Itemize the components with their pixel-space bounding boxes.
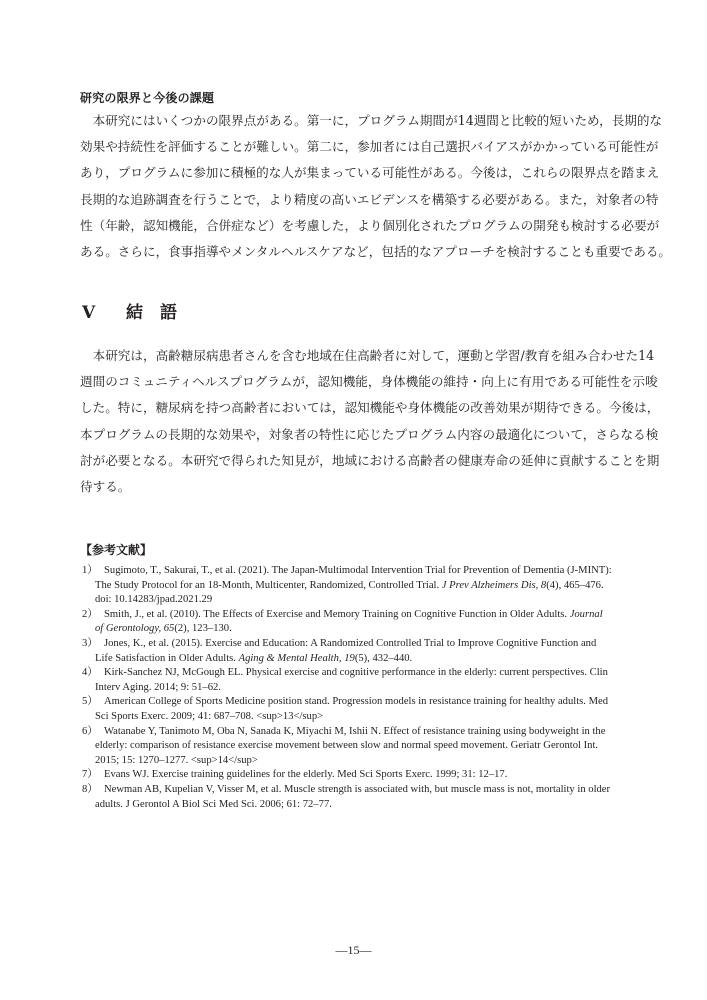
- section-title-char: 結: [126, 298, 160, 323]
- reference-text: Watanabe Y, Tanimoto M, Oba N, Sanada K,…: [104, 726, 605, 737]
- reference-number: 6）: [80, 725, 104, 740]
- reference-item: 6）Watanabe Y, Tanimoto M, Oba N, Sanada …: [80, 725, 642, 769]
- page-number: —15—: [0, 943, 707, 958]
- journal-name: of Gerontology, 65: [95, 623, 174, 634]
- reference-number: 5）: [80, 695, 104, 710]
- reference-text: (4), 465–476.: [546, 580, 603, 591]
- paragraph-line: あり，プログラムに参加に積極的な人が集まっている可能性がある。今後は，これらの限…: [80, 160, 640, 186]
- reference-item: 2）Smith, J., et al. (2010). The Effects …: [80, 608, 642, 637]
- limitations-paragraph: 本研究にはいくつかの限界点がある。第一に，プログラム期間が14週間と比較的短いた…: [80, 108, 640, 265]
- paragraph-line: 待する。: [80, 474, 640, 500]
- reference-item: 3）Jones, K., et al. (2015). Exercise and…: [80, 637, 642, 666]
- limitations-heading: 研究の限界と今後の課題: [80, 89, 214, 106]
- reference-text: (5), 432–440.: [355, 653, 412, 664]
- journal-name: J Prev Alzheimers Dis, 8: [442, 580, 546, 591]
- reference-text: Interv Aging. 2014; 9: 51–62.: [80, 681, 642, 696]
- reference-item: 4）Kirk-Sanchez NJ, McGough EL. Physical …: [80, 666, 642, 695]
- reference-text: 2015; 15: 1270–1277. <sup>14</sup>: [80, 754, 642, 769]
- conclusion-heading: Ⅴ結語: [82, 298, 194, 323]
- reference-text: (2), 123–130.: [174, 623, 231, 634]
- reference-text: Sci Sports Exerc. 2009; 41: 687–708. <su…: [80, 710, 642, 725]
- reference-text: Smith, J., et al. (2010). The Effects of…: [104, 609, 570, 620]
- reference-number: 3）: [80, 637, 104, 652]
- reference-item: 8）Newman AB, Kupelian V, Visser M, et al…: [80, 783, 642, 812]
- paragraph-line: 効果や持続性を評価することが難しい。第二に，参加者には自己選択バイアスがかかって…: [80, 134, 640, 160]
- reference-text: Newman AB, Kupelian V, Visser M, et al. …: [104, 784, 610, 795]
- reference-number: 4）: [80, 666, 104, 681]
- reference-text: Life Satisfaction in Older Adults.: [95, 653, 239, 664]
- reference-text: elderly: comparison of resistance exerci…: [80, 739, 642, 754]
- journal-name: Aging & Mental Health, 19: [239, 653, 355, 664]
- paragraph-line: 長期的な追跡調査を行うことで，より精度の高いエビデンスを構築する必要がある。また…: [80, 187, 640, 213]
- reference-number: 2）: [80, 608, 104, 623]
- conclusion-paragraph: 本研究は，高齢糖尿病患者さんを含む地域在住高齢者に対して，運動と学習/教育を組み…: [80, 343, 640, 500]
- reference-text: Jones, K., et al. (2015). Exercise and E…: [104, 638, 596, 649]
- reference-text: adults. J Gerontol A Biol Sci Med Sci. 2…: [80, 798, 642, 813]
- reference-doi: doi: 10.14283/jpad.2021.29: [80, 593, 642, 608]
- references-heading: 【参考文献】: [80, 541, 152, 558]
- reference-text: American College of Sports Medicine posi…: [104, 696, 608, 707]
- paragraph-line: 本研究にはいくつかの限界点がある。第一に，プログラム期間が14週間と比較的短いた…: [80, 108, 640, 134]
- section-title-char: 語: [160, 298, 194, 323]
- reference-number: 8）: [80, 783, 104, 798]
- section-number: Ⅴ: [82, 303, 126, 323]
- reference-item: 5）American College of Sports Medicine po…: [80, 695, 642, 724]
- paragraph-line: 討が必要となる。本研究で得られた知見が，地域における高齢者の健康寿命の延伸に貢献…: [80, 448, 640, 474]
- reference-item: 7）Evans WJ. Exercise training guidelines…: [80, 768, 642, 783]
- paragraph-line: 本プログラムの長期的な効果や，対象者の特性に応じたプログラム内容の最適化について…: [80, 422, 640, 448]
- reference-item: 1）Sugimoto, T., Sakurai, T., et al. (202…: [80, 564, 642, 608]
- reference-number: 7）: [80, 768, 104, 783]
- reference-text: Kirk-Sanchez NJ, McGough EL. Physical ex…: [104, 667, 608, 678]
- paragraph-line: 性（年齢，認知機能，合併症など）を考慮した，より個別化されたプログラムの開発も検…: [80, 213, 640, 239]
- reference-text: Sugimoto, T., Sakurai, T., et al. (2021)…: [104, 565, 612, 576]
- references-list: 1）Sugimoto, T., Sakurai, T., et al. (202…: [80, 564, 642, 812]
- journal-name: Journal: [570, 609, 603, 620]
- paragraph-line: 週間のコミュニティヘルスプログラムが，認知機能，身体機能の維持・向上に有用である…: [80, 369, 640, 395]
- reference-text: Evans WJ. Exercise training guidelines f…: [104, 769, 507, 780]
- reference-number: 1）: [80, 564, 104, 579]
- paragraph-line: 本研究は，高齢糖尿病患者さんを含む地域在住高齢者に対して，運動と学習/教育を組み…: [80, 343, 640, 369]
- paragraph-line: した。特に，糖尿病を持つ高齢者においては，認知機能や身体機能の改善効果が期待でき…: [80, 395, 640, 421]
- reference-text: The Study Protocol for an 18-Month, Mult…: [95, 580, 442, 591]
- paragraph-line: ある。さらに，食事指導やメンタルヘルスケアなど，包括的なアプローチを検討すること…: [80, 239, 640, 265]
